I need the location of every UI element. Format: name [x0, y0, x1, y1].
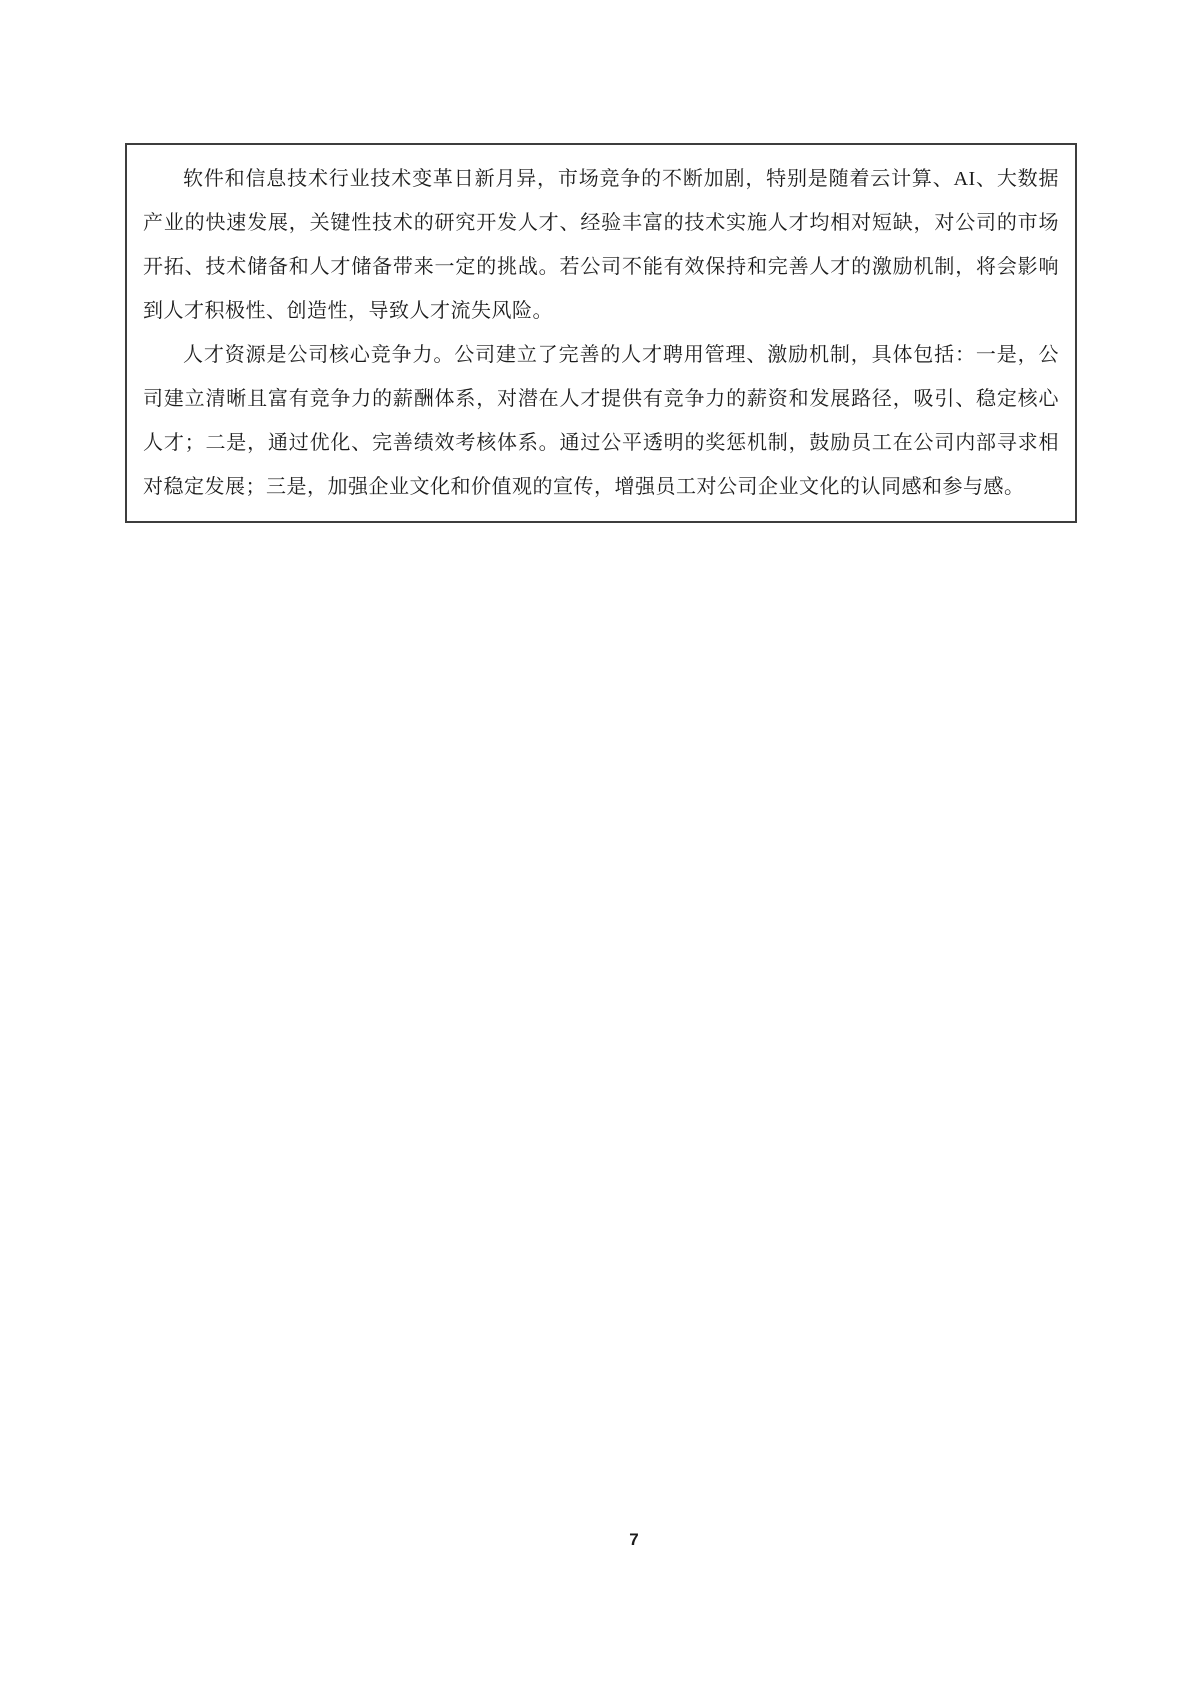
page-number: 7	[614, 1530, 654, 1550]
paragraph-talent-retention-measures: 人才资源是公司核心竞争力。公司建立了完善的人才聘用管理、激励机制，具体包括：一是…	[143, 333, 1059, 509]
document-page: 软件和信息技术行业技术变革日新月异，市场竞争的不断加剧，特别是随着云计算、AI、…	[0, 0, 1200, 1696]
paragraph-industry-talent-risk: 软件和信息技术行业技术变革日新月异，市场竞争的不断加剧，特别是随着云计算、AI、…	[143, 157, 1059, 333]
risk-text-box: 软件和信息技术行业技术变革日新月异，市场竞争的不断加剧，特别是随着云计算、AI、…	[125, 143, 1077, 523]
